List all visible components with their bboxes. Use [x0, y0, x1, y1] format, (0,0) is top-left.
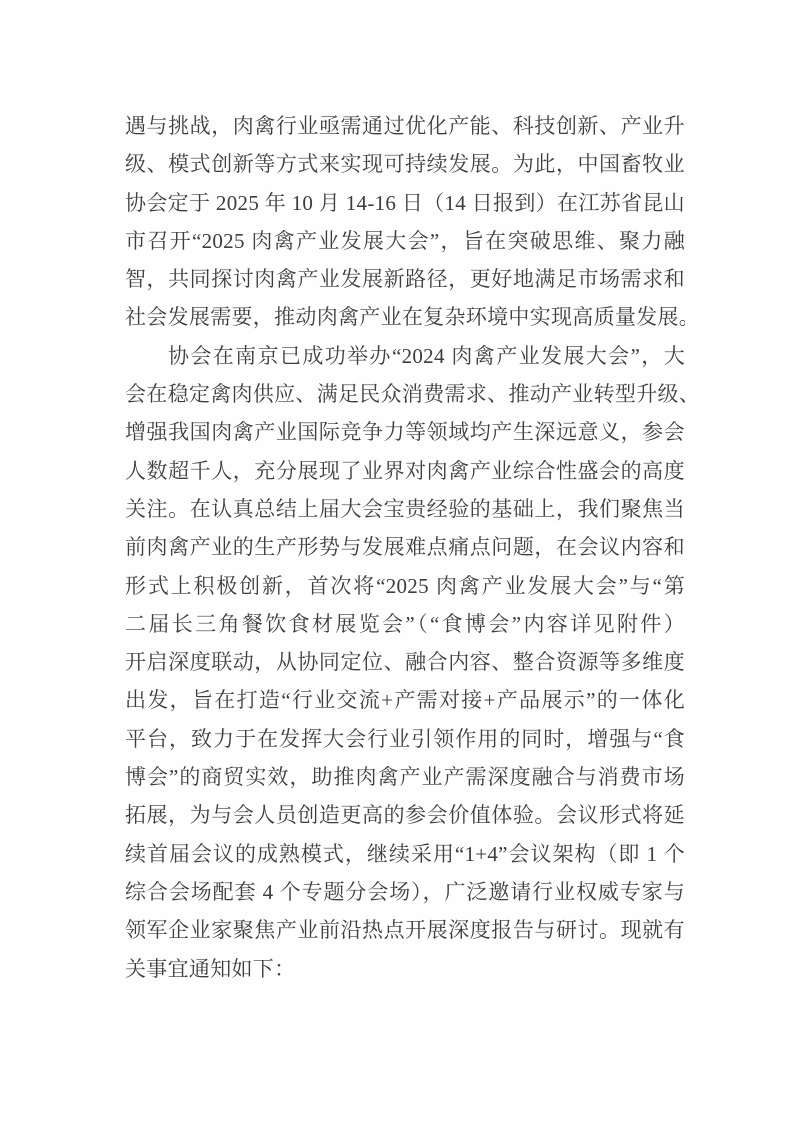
text-line: 综合会场配套 4 个专题分会场），广泛邀请行业权威专家与 — [125, 873, 685, 911]
text-line: 拓展，为与会人员创造更高的参会价值体验。会议形式将延 — [125, 796, 685, 834]
paragraph-continuation: 遇与挑战，肉禽行业亟需通过优化产能、科技创新、产业升 级、模式创新等方式来实现可… — [125, 107, 685, 337]
text-line: 续首届会议的成熟模式，继续采用“1+4”会议架构（即 1 个 — [125, 835, 685, 873]
text-line: 级、模式创新等方式来实现可持续发展。为此，中国畜牧业 — [125, 145, 685, 183]
text-line: 形式上积极创新，首次将“2025 肉禽产业发展大会”与“第 — [125, 567, 685, 605]
text-line: 领军企业家聚焦产业前沿热点开展深度报告与研讨。现就有 — [125, 911, 685, 949]
text-line: 前肉禽产业的生产形势与发展难点痛点问题，在会议内容和 — [125, 528, 685, 566]
body-text: 遇与挑战，肉禽行业亟需通过优化产能、科技创新、产业升 级、模式创新等方式来实现可… — [125, 107, 685, 988]
text-line: 平台，致力于在发挥大会行业引领作用的同时，增强与“食 — [125, 720, 685, 758]
text-line: 市召开“2025 肉禽产业发展大会”，旨在突破思维、聚力融 — [125, 222, 685, 260]
text-line: 开启深度联动，从协同定位、融合内容、整合资源等多维度 — [125, 643, 685, 681]
paragraph-2: 协会在南京已成功举办“2024 肉禽产业发展大会”，大 会在稳定禽肉供应、满足民… — [125, 337, 685, 988]
text-line: 关注。在认真总结上届大会宝贵经验的基础上，我们聚焦当 — [125, 490, 685, 528]
text-line: 会在稳定禽肉供应、满足民众消费需求、推动产业转型升级、 — [125, 375, 685, 413]
text-line: 人数超千人，充分展现了业界对肉禽产业综合性盛会的高度 — [125, 452, 685, 490]
text-line: 智，共同探讨肉禽产业发展新路径，更好地满足市场需求和 — [125, 260, 685, 298]
text-line: 出发，旨在打造“行业交流+产需对接+产品展示”的一体化 — [125, 681, 685, 719]
document-page: 遇与挑战，肉禽行业亟需通过优化产能、科技创新、产业升 级、模式创新等方式来实现可… — [0, 0, 800, 1131]
text-line: 遇与挑战，肉禽行业亟需通过优化产能、科技创新、产业升 — [125, 107, 685, 145]
text-line: 二届长三角餐饮食材展览会”（“食博会”内容详见附件） — [125, 605, 685, 643]
text-line: 协会在南京已成功举办“2024 肉禽产业发展大会”，大 — [125, 337, 685, 375]
text-line: 协会定于 2025 年 10 月 14-16 日（14 日报到）在江苏省昆山 — [125, 184, 685, 222]
text-line: 关事宜通知如下： — [125, 950, 685, 988]
text-line: 增强我国肉禽产业国际竞争力等领域均产生深远意义，参会 — [125, 413, 685, 451]
text-line: 博会”的商贸实效，助推肉禽产业产需深度融合与消费市场 — [125, 758, 685, 796]
text-line: 社会发展需要，推动肉禽产业在复杂环境中实现高质量发展。 — [125, 298, 685, 336]
